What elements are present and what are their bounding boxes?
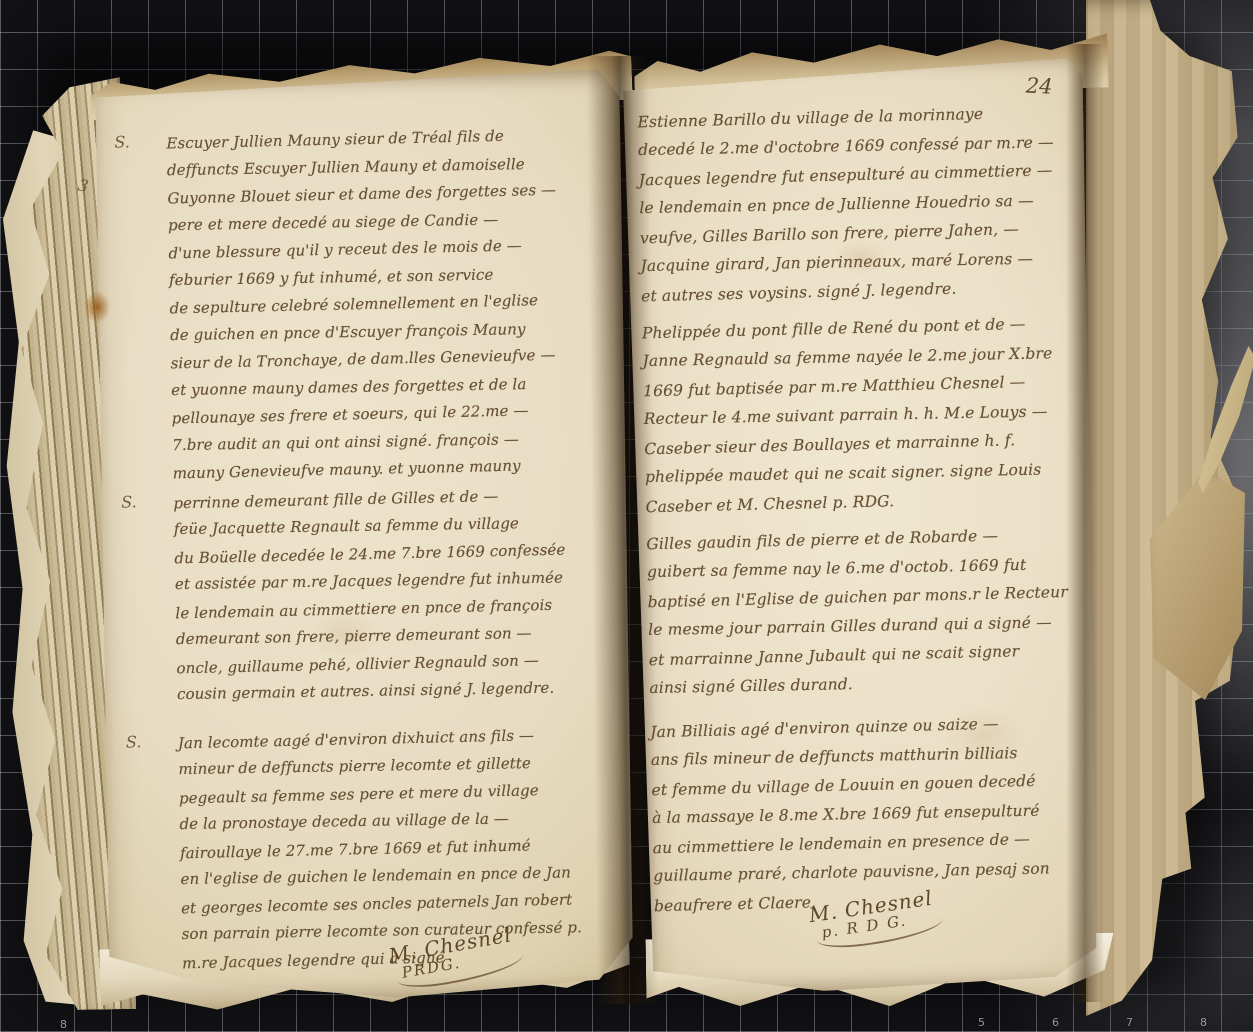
register-entry: S.Escuyer Jullien Mauny sieur de Tréal f… [166,125,627,491]
register-entry: B.Phelippée du pont fille de René du pon… [642,314,1092,526]
entry-lines: Estienne Barillo du village de la morinn… [637,103,1087,315]
right-page-cover-crease [1066,44,1104,1002]
register-entry: S.Estienne Barillo du village de la mori… [637,103,1087,315]
ruler-number: 6 [1052,1016,1059,1029]
ruler-number-left: 8 [60,1018,67,1031]
ruler-number: 5 [978,1016,985,1029]
ruler-number: 7 [1126,1016,1133,1029]
entry-lines: Gilles gaudin fils de pierre et de Robar… [646,525,1096,708]
foxing-stain [826,236,896,280]
left-page-entries: S.Escuyer Jullien Mauny sieur de Tréal f… [87,69,637,1003]
foxing-stain [300,604,390,664]
entry-margin-mark: S. [121,492,137,511]
entry-lines: Phelippée du pont fille de René du pont … [642,314,1092,526]
brown-stain [80,286,114,328]
manuscript-photo: 8 5678 3 S.Escuyer Jullien Mauny sieur d… [0,0,1253,1032]
entry-lines: perrinne demeurant fille de Gilles et de… [173,484,631,713]
right-page-entries: S.Estienne Barillo du village de la mori… [620,53,1101,994]
book-gutter-shadow [587,56,659,1005]
entry-margin-mark: S. [126,732,142,751]
foxing-stain [930,700,1040,770]
register-entry: S.perrinne demeurant fille de Gilles et … [173,484,631,713]
entry-lines: Escuyer Jullien Mauny sieur de Tréal fil… [166,125,627,491]
right-page: 24 S.Estienne Barillo du village de la m… [620,53,1101,994]
ruler-number: 8 [1200,1016,1207,1029]
left-page: S.Escuyer Jullien Mauny sieur de Tréal f… [87,69,637,1003]
entry-margin-mark: S. [114,132,130,151]
register-entry: B.Gilles gaudin fils de pierre et de Rob… [646,525,1096,708]
